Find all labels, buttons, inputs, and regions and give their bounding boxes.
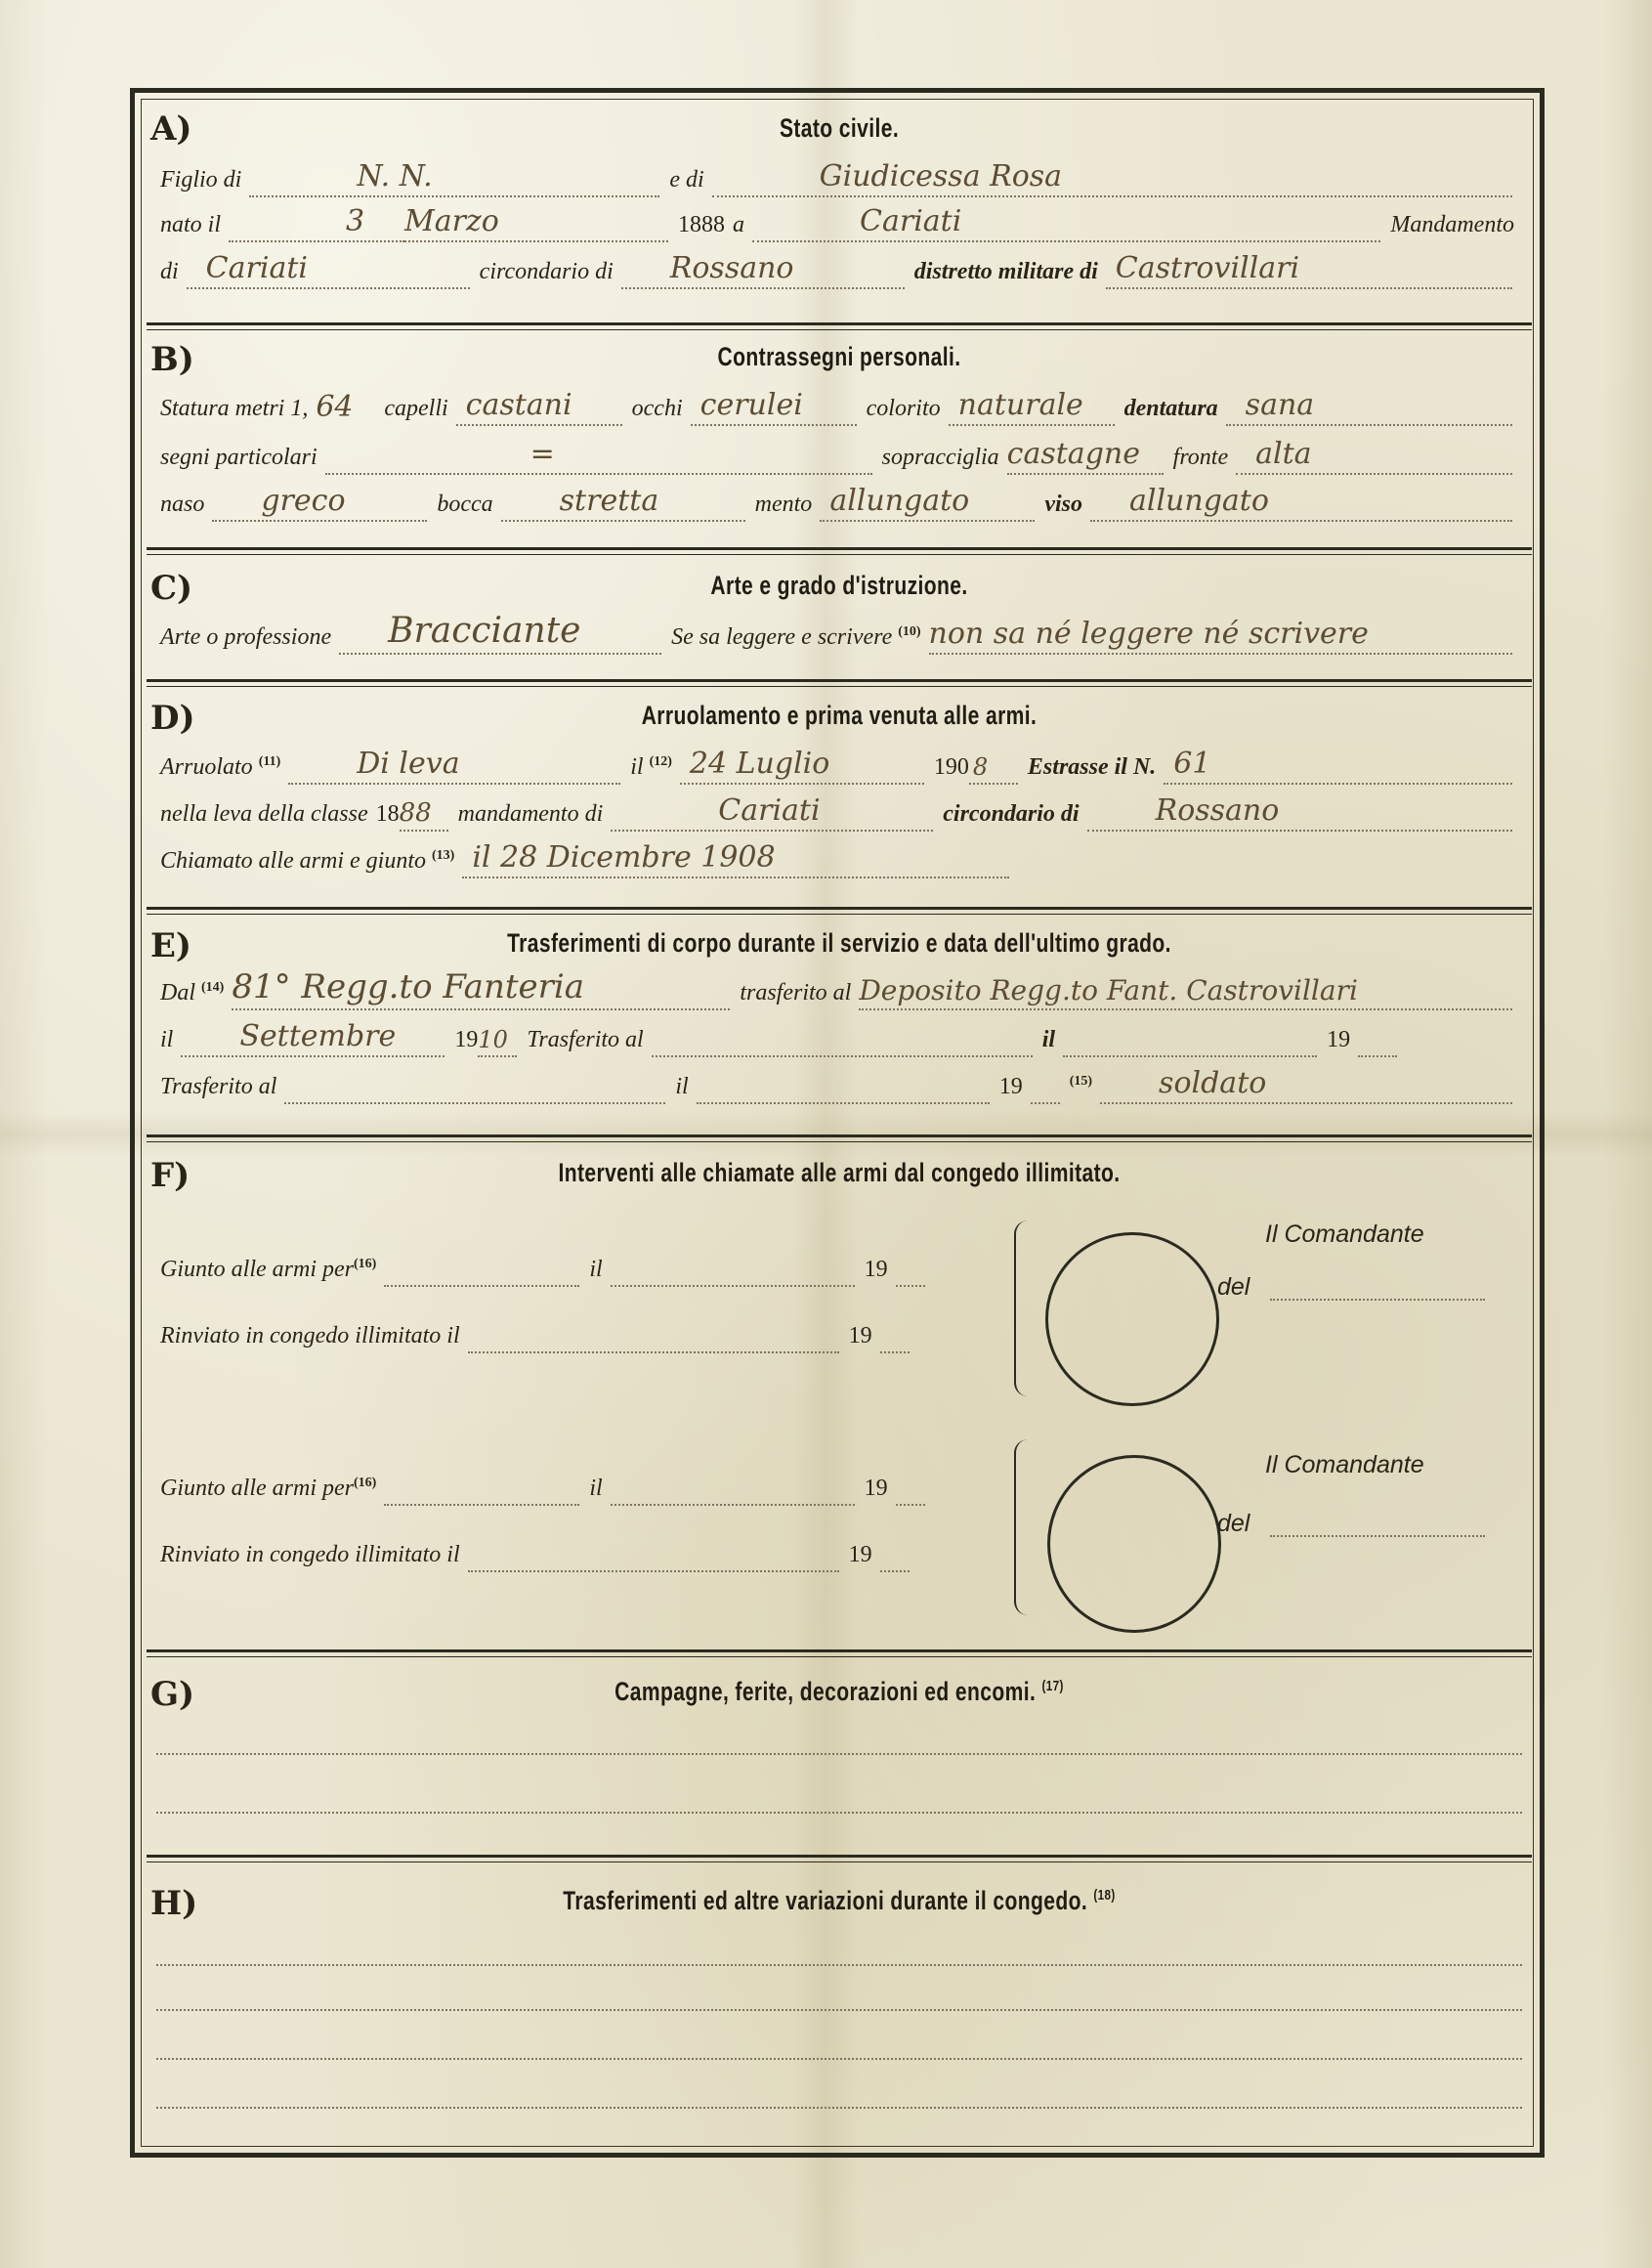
comandante-label: Il Comandante — [1265, 1220, 1424, 1249]
variazioni-line-4[interactable] — [156, 2107, 1522, 2109]
section-title: Trasferimenti ed altre variazioni durant… — [299, 1886, 1379, 1916]
section-letter: A) — [150, 109, 191, 149]
il3-field[interactable] — [697, 1067, 990, 1104]
leggere-scrivere-field[interactable]: non sa né leggere né scrivere — [929, 618, 1512, 655]
section-title: Interventi alle chiamate alle armi dal c… — [299, 1158, 1379, 1188]
stamp-circle — [1045, 1232, 1219, 1406]
naso-field[interactable]: greco — [212, 485, 427, 522]
section-g-campagne: G) Campagne, ferite, decorazioni ed enco… — [147, 1657, 1532, 1853]
section-letter: H) — [150, 1884, 197, 1923]
section-title: Stato civile. — [299, 113, 1379, 144]
rinviato-row-1: Rinviato in congedo illimitato il 19 — [160, 1314, 1082, 1353]
section-divider — [147, 322, 1532, 330]
dentatura-field[interactable]: sana — [1226, 389, 1512, 426]
section-divider — [147, 547, 1532, 555]
comandante-del-field-2[interactable] — [1270, 1535, 1485, 1537]
section-letter: C) — [150, 569, 192, 608]
section-letter: D) — [150, 699, 195, 738]
data-arruolamento-field[interactable]: 24 Luglio — [680, 748, 924, 785]
section-divider — [147, 907, 1532, 915]
section-divider — [147, 1649, 1532, 1657]
viso-field[interactable]: allungato — [1090, 485, 1512, 522]
anno-trasferimento-field[interactable]: 10 — [478, 1020, 517, 1057]
anno3-field[interactable] — [1031, 1067, 1060, 1104]
brace-icon — [1014, 1220, 1030, 1396]
trasferito-al-field[interactable]: Deposito Regg.to Fant. Castrovillari — [859, 973, 1512, 1010]
giunto-data-field-2[interactable] — [611, 1469, 855, 1506]
classe-field[interactable]: 88 — [400, 794, 448, 832]
mese-nascita-field[interactable]: Marzo — [404, 205, 668, 242]
giunto-per-field-1[interactable] — [384, 1250, 579, 1287]
circondario-leva-field[interactable]: Rossano — [1087, 794, 1512, 832]
sopracciglia-field[interactable]: castagne — [1007, 438, 1164, 475]
giunto-per-field-2[interactable] — [384, 1469, 579, 1506]
stamp-circle — [1047, 1455, 1221, 1633]
section-divider — [147, 1134, 1532, 1142]
giunto-anno-field-1[interactable] — [896, 1250, 925, 1287]
rinviato-anno-field-2[interactable] — [880, 1535, 910, 1572]
occhi-field[interactable]: cerulei — [691, 389, 857, 426]
giunto-row-2: Giunto alle armi per(16) il 19 — [160, 1467, 1082, 1506]
anno-arruolamento-field[interactable]: 8 — [969, 748, 1018, 785]
distretto-field[interactable]: Castrovillari — [1106, 252, 1512, 289]
giunto-data-field-1[interactable] — [611, 1250, 855, 1287]
giorno-nascita-field[interactable]: 3 — [229, 205, 404, 242]
chiamato-alle-armi-field[interactable]: il 28 Dicembre 1908 — [462, 841, 1009, 878]
arte-professione-field[interactable]: Bracciante — [339, 618, 661, 655]
statura-field[interactable]: 64 — [316, 391, 374, 426]
rinviato-row-2: Rinviato in congedo illimitato il 19 — [160, 1533, 1082, 1572]
section-letter: G) — [150, 1675, 194, 1714]
madre-field[interactable]: Giudicessa Rosa — [712, 160, 1512, 197]
variazioni-line-3[interactable] — [156, 2058, 1522, 2060]
variazioni-line-1[interactable] — [156, 1964, 1522, 1966]
section-c-istruzione: C) Arte e grado d'istruzione. Arte o pro… — [147, 555, 1532, 682]
section-letter: F) — [150, 1156, 190, 1195]
giunto-row-1: Giunto alle armi per(16) il 19 — [160, 1248, 1082, 1287]
arruolato-field[interactable]: Di leva — [288, 748, 620, 785]
section-d-arruolamento: D) Arruolamento e prima venuta alle armi… — [147, 687, 1532, 907]
mento-field[interactable]: allungato — [820, 485, 1035, 522]
section-title: Campagne, ferite, decorazioni ed encomi.… — [299, 1677, 1379, 1707]
mandamento-leva-field[interactable]: Cariati — [611, 794, 933, 832]
fronte-field[interactable]: alta — [1236, 438, 1512, 475]
section-title: Trasferimenti di corpo durante il serviz… — [299, 928, 1379, 959]
section-b-contrassegni: B) Contrassegni personali. Statura metri… — [147, 330, 1532, 550]
section-h-variazioni-congedo: H) Trasferimenti ed altre variazioni dur… — [147, 1862, 1532, 2156]
il2-field[interactable] — [1063, 1020, 1317, 1057]
section-title: Contrassegni personali. — [299, 342, 1379, 372]
circondario-field[interactable]: Rossano — [621, 252, 905, 289]
section-e-trasferimenti: E) Trasferimenti di corpo durante il ser… — [147, 915, 1532, 1134]
segni-particolari-field[interactable]: = — [325, 438, 872, 475]
mandamento-field[interactable]: Cariati — [187, 252, 470, 289]
dal-corpo-field[interactable]: 81° Regg.to Fanteria — [232, 973, 730, 1010]
section-title: Arte e grado d'istruzione. — [299, 571, 1379, 601]
section-title: Arruolamento e prima venuta alle armi. — [299, 701, 1379, 731]
section-divider — [147, 679, 1532, 687]
trasferito3-field[interactable] — [284, 1067, 665, 1104]
variazioni-line-2[interactable] — [156, 2009, 1522, 2011]
section-f-chiamate: F) Interventi alle chiamate alle armi da… — [147, 1142, 1532, 1650]
data-trasferimento-field[interactable]: Settembre — [181, 1020, 445, 1057]
trasferito2-field[interactable] — [652, 1020, 1033, 1057]
numero-estrazione-field[interactable]: 61 — [1164, 748, 1512, 785]
anno2-field[interactable] — [1358, 1020, 1397, 1057]
section-divider — [147, 1855, 1532, 1862]
campagne-line-2[interactable] — [156, 1812, 1522, 1814]
comandante-label: Il Comandante — [1265, 1451, 1424, 1479]
bocca-field[interactable]: stretta — [501, 485, 745, 522]
giunto-anno-field-2[interactable] — [896, 1469, 925, 1506]
comandante-del-field-1[interactable] — [1270, 1299, 1485, 1301]
section-letter: B) — [150, 340, 194, 379]
brace-icon — [1014, 1439, 1030, 1615]
section-letter: E) — [150, 926, 191, 965]
rinviato-data-field-1[interactable] — [468, 1316, 839, 1353]
rinviato-data-field-2[interactable] — [468, 1535, 839, 1572]
ultimo-grado-field[interactable]: soldato — [1100, 1067, 1512, 1104]
colorito-field[interactable]: naturale — [949, 389, 1115, 426]
rinviato-anno-field-1[interactable] — [880, 1316, 910, 1353]
padre-field[interactable]: N. N. — [249, 160, 659, 197]
capelli-field[interactable]: castani — [456, 389, 622, 426]
section-a-stato-civile: A) Stato civile. Figlio di N. N. e di Gi… — [147, 98, 1532, 327]
luogo-nascita-field[interactable]: Cariati — [752, 205, 1380, 242]
campagne-line-1[interactable] — [156, 1753, 1522, 1755]
